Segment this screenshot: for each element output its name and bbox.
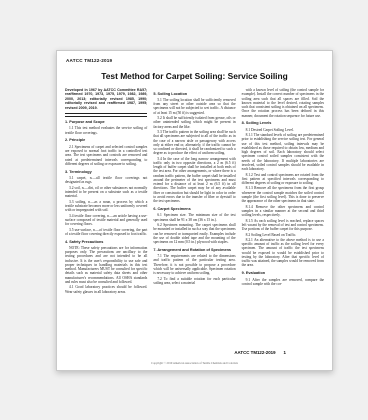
paragraph: 8.1.5 As each soiling level is reached, … xyxy=(242,219,324,232)
document-page: AATCC TM122-2019 Test Method for Carpet … xyxy=(56,50,333,371)
paragraph: with a known level of soiling (the contr… xyxy=(242,88,324,118)
document-title: Test Method for Carpet Soiling: Service … xyxy=(57,71,332,81)
paragraph: 5.4 In the case of the long narrow arran… xyxy=(153,157,235,204)
paragraph: 5.2 It shall be sufficiently isolated fr… xyxy=(153,116,235,129)
paragraph: 9.1 After the samples are removed, compa… xyxy=(242,278,324,287)
paragraph: 3.2 soil, n.—dirt, oil or other substanc… xyxy=(65,186,147,199)
section-heading: 4. Safety Precautions xyxy=(65,240,147,244)
section-heading: 7. Arrangement and Rotation of Specimens xyxy=(153,248,235,252)
document-columns: Developed in 1967 by AATCC Committee RA5… xyxy=(65,88,324,346)
paragraph: 8.1.1 The standard levels of soiling are… xyxy=(242,133,324,171)
section-heading: 5. Soiling Location xyxy=(153,92,235,96)
document-number: AATCC TM122-2019 xyxy=(66,58,112,63)
double-rule xyxy=(65,113,147,117)
paragraph: NOTE: These safety precautions are for i… xyxy=(65,246,147,284)
paragraph: 5.3 The traffic pattern in the soiling a… xyxy=(153,130,235,156)
section-heading: 9. Evaluation xyxy=(242,271,324,275)
screenshot-root: { "page": { "doc_number": "AATCC TM122-2… xyxy=(0,0,368,420)
paragraph: 3.1 carpet, n.—all textile floor coverin… xyxy=(65,176,147,185)
copyright-line: Copyright © 2019 American Association of… xyxy=(57,361,332,365)
paragraph: 7.1 The requirements are related to the … xyxy=(153,254,235,275)
paragraph: 7.2 To find a suitable rotation for each… xyxy=(153,277,235,286)
footer-doc-number: AATCC TM122-2019 xyxy=(234,350,275,355)
column-1: Developed in 1967 by AATCC Committee RA5… xyxy=(65,88,147,346)
section-heading: 1. Purpose and Scope xyxy=(65,120,147,124)
paragraph: 5.1 The soiling location shall be suffic… xyxy=(153,98,235,115)
paragraph: 3.4 textile floor covering, n.—an articl… xyxy=(65,214,147,227)
section-heading: 2. Principle xyxy=(65,138,147,142)
column-2: 5. Soiling Location5.1 The soiling locat… xyxy=(153,88,235,346)
page-footer: AATCC TM122-20191 xyxy=(234,350,286,355)
paragraph: 8.1.2 Test and control specimens are rot… xyxy=(242,173,324,186)
paragraph: 4.1 Good laboratory practices should be … xyxy=(65,285,147,294)
paragraph: 8.1.3 Remove all the specimens from the … xyxy=(242,186,324,203)
footer-page-number: 1 xyxy=(284,350,286,355)
section-heading: 6. Carpet Specimens xyxy=(153,207,235,211)
paragraph: 6.1 Specimen size. The minimum size of t… xyxy=(153,213,235,222)
paragraph: 8.2 Soiling Level Based on Traffic. xyxy=(242,233,324,237)
paragraph: 1.1 This test method evaluates the servi… xyxy=(65,126,147,135)
paragraph: 2.1 Specimens of carpet and selected con… xyxy=(65,145,147,166)
paragraph: 3.5 use-surface, n.—of textile floor cov… xyxy=(65,228,147,237)
history-note: Developed in 1967 by AATCC Committee RA5… xyxy=(65,88,147,110)
paragraph: 6.2 Specimen mounting. The carpet specim… xyxy=(153,223,235,244)
section-heading: 8. Soiling Levels xyxy=(242,121,324,125)
paragraph: 8.1 Desired Carpet Soiling Level. xyxy=(242,128,324,132)
paragraph: 3.3 soiling, n.—as a noun, a process by … xyxy=(65,200,147,213)
column-3: with a known level of soiling (the contr… xyxy=(242,88,324,346)
section-heading: 3. Terminology xyxy=(65,170,147,174)
paragraph: 8.1.4 Remove the other specimens and con… xyxy=(242,205,324,218)
paragraph: 8.2.1 An alternative to the above method… xyxy=(242,238,324,268)
